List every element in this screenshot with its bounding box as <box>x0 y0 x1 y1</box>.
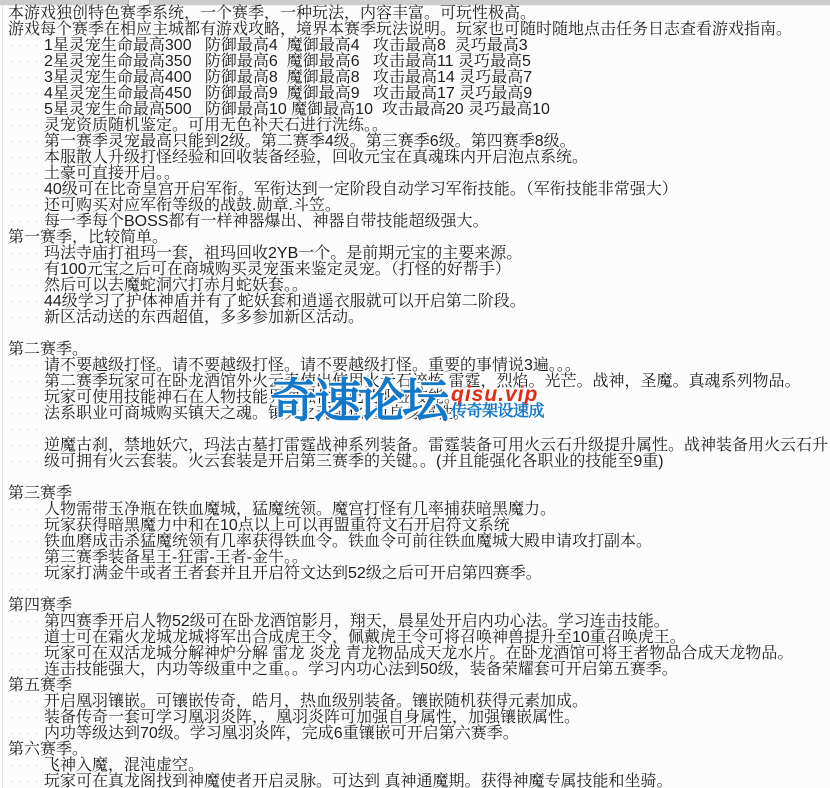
indent-dots: ···· <box>10 361 43 371</box>
text-line: ····3星灵宠生命最高400 防御最高8 魔御最高8 攻击最高14 灵巧最高7 <box>0 70 830 86</box>
text-line: ····每一季每个BOSS都有一样神器爆出、神器自带技能超级强大。 <box>0 214 830 230</box>
indent-dots: ···· <box>10 57 43 67</box>
indent-dots: ···· <box>10 297 43 307</box>
text-line: ····还可购买对应军衔等级的战鼓.勋章.斗笠。 <box>0 198 830 214</box>
indent-dots: ···· <box>10 617 43 627</box>
text-line: ····人物需带玉净瓶在铁血魔城，猛魔统领。魔宫打怪有几率捕获暗黑魔力。 <box>0 502 830 518</box>
text-line: ····40级可在比奇皇宫开启军衔。军衔达到一定阶段自动学习军衔技能。（军衔技能… <box>0 182 830 198</box>
text-line: ····有100元宝之后可在商城购买灵宠蛋来鉴定灵宠。（打怪的好帮手） <box>0 262 830 278</box>
indent-dots: ···· <box>10 729 43 739</box>
section-heading-line: 本游戏独创特色赛季系统，一个赛季，一种玩法，内容丰富。可玩性极高。 <box>0 6 830 22</box>
text-line: ····第一赛季灵宠最高只能到2级。第二赛季4级。第三赛季6级。第四赛季8级。 <box>0 134 830 150</box>
indent-dots: ···· <box>10 265 43 275</box>
text-line: ····新区活动送的东西超值，多多参加新区活动。 <box>0 310 830 326</box>
section-heading-line: 第四赛季 <box>0 598 830 614</box>
watermark-right-block: qisu.vip 传奇架设速成 <box>451 377 544 420</box>
text-line: ····然后可以去魔蛇洞穴打赤月蛇妖套。。 <box>0 278 830 294</box>
indent-dots: ···· <box>10 553 43 563</box>
text-line: ····玩家可在真龙阁找到神魔使者开启灵脉。可达到 真神通魔期。获得神魔专属技能… <box>0 774 830 788</box>
indent-dots: ···· <box>10 73 43 83</box>
section-heading-line: 第一赛季，比较简单。 <box>0 230 830 246</box>
text-line: ····2星灵宠生命最高350 防御最高6 魔御最高6 攻击最高11 灵巧最高5 <box>0 54 830 70</box>
forum-watermark: 奇速论坛 qisu.vip 传奇架设速成 <box>270 377 544 425</box>
text-line: ····装备传奇一套可学习凰羽炎阵，，凰羽炎阵可加强自身属性，加强镶嵌属性。 <box>0 710 830 726</box>
indent-dots: ···· <box>10 185 43 195</box>
blank-line <box>0 326 830 342</box>
indent-dots: ···· <box>10 585 43 595</box>
indent-dots: ···· <box>10 457 43 467</box>
section-heading-line: 第五赛季 <box>0 678 830 694</box>
text-line: ····铁血磨成击杀猛魔统领有几率获得铁血令。铁血令可前往铁血魔城大殿申请攻打副… <box>0 534 830 550</box>
watermark-tagline-text: 传奇架设速成 <box>451 404 544 420</box>
indent-dots: ···· <box>10 505 43 515</box>
indent-dots: ···· <box>10 121 43 131</box>
indent-dots: ···· <box>10 393 43 403</box>
indent-dots: ···· <box>10 41 43 51</box>
text-line: ····请不要越级打怪。请不要越级打怪。请不要越级打怪。重要的事情说3遍。。。 <box>0 358 830 374</box>
text-line: ····灵宠资质随机鉴定。可用无色补天石进行洗练。。 <box>0 118 830 134</box>
text-line: ····玛法寺庙打祖玛一套，祖玛回收2YB一个。是前期元宝的主要来源。 <box>0 246 830 262</box>
indent-dots: ···· <box>10 665 43 675</box>
indent-dots: ···· <box>10 649 43 659</box>
indent-dots: ···· <box>10 713 43 723</box>
text-line: ····第三赛季装备星王-狂雷-王者-金牛。。 <box>0 550 830 566</box>
indent-dots: ···· <box>10 217 43 227</box>
indent-dots: ···· <box>10 569 43 579</box>
section-heading-line: 第六赛季。 <box>0 742 830 758</box>
text-line: ···· <box>0 582 830 598</box>
text-line: ····玩家获得暗黑魔力中和在10点以上可以再盟重符文石开启符文系统 <box>0 518 830 534</box>
blank-line <box>0 470 830 486</box>
indent-dots: ···· <box>10 441 43 451</box>
text-line: ····连击技能强大，内功等级重中之重。。学习内功心法到50级，装备荣耀套可开启… <box>0 662 830 678</box>
text-line: ····内功等级达到70级。学习凰羽炎阵，完成6重镶嵌可开启第六赛季。 <box>0 726 830 742</box>
section-heading-line: 第三赛季 <box>0 486 830 502</box>
text-line: ····级可拥有火云套装。火云套装是开启第三赛季的关键。。(并且能强化各职业的技… <box>0 454 830 470</box>
indent-dots: ···· <box>10 697 43 707</box>
indent-dots: ···· <box>10 169 43 179</box>
indent-dots: ···· <box>10 377 43 387</box>
indent-dots: ···· <box>10 425 43 435</box>
indent-dots: ···· <box>10 777 43 787</box>
indent-dots: ···· <box>10 409 43 419</box>
indent-dots: ···· <box>10 249 43 259</box>
indent-dots: ···· <box>10 137 43 147</box>
indent-dots: ···· <box>10 313 43 323</box>
text-line: ····玩家打满金牛或者王者套并且开启符文达到52级之后可开启第四赛季。 <box>0 566 830 582</box>
text-line: ····第四赛季开启人物52级可在卧龙酒馆影月，翔天，晨星处开启内功心法。学习连… <box>0 614 830 630</box>
watermark-logo-text: 奇速论坛 <box>270 377 446 425</box>
text-line: ····1星灵宠生命最高300 防御最高4 魔御最高4 攻击最高8 灵巧最高3 <box>0 38 830 54</box>
text-line: ····4星灵宠生命最高450 防御最高9 魔御最高9 攻击最高17 灵巧最高9 <box>0 86 830 102</box>
text-line: ····开启凰羽镶嵌。可镶嵌传奇，皓月，热血级别装备。镶嵌随机获得元素加成。 <box>0 694 830 710</box>
indent-dots: ···· <box>10 537 43 547</box>
indent-dots: ···· <box>10 201 43 211</box>
watermark-domain-text: qisu.vip <box>451 385 544 404</box>
text-line: ····逆魔古刹，禁地妖穴，玛法古墓打雷霆战神系列装备。雷霆装备可用火云石升级提… <box>0 438 830 454</box>
text-line: ····5星灵宠生命最高500 防御最高10 魔御最高10 攻击最高20 灵巧最… <box>0 102 830 118</box>
text-line: ····本服散人升级打怪经验和回收装备经验，回收元宝在真魂珠内开启泡点系统。 <box>0 150 830 166</box>
indent-dots: ···· <box>10 281 43 291</box>
indent-dots: ···· <box>10 105 43 115</box>
indent-dots: ···· <box>10 633 43 643</box>
text-line: ····土豪可直接开启。。 <box>0 166 830 182</box>
text-line: ····44级学习了护体神盾并有了蛇妖套和逍遥衣服就可以开启第二阶段。 <box>0 294 830 310</box>
indent-dots: ···· <box>10 153 43 163</box>
section-heading-line: 第二赛季。 <box>0 342 830 358</box>
text-line: ····飞神入魔，混沌虚空。 <box>0 758 830 774</box>
section-heading-line: 游戏每个赛季在相应主城都有游戏攻略，境界本赛季玩法说明。玩家也可随时随地点击任务… <box>0 22 830 38</box>
indent-dots: ···· <box>10 89 43 99</box>
text-line: ····道士可在霜火龙城龙城将军出合成虎王令，佩戴虎王令可将召唤神兽提升至10重… <box>0 630 830 646</box>
indent-dots: ···· <box>10 761 43 771</box>
screenshot-root: { "page": { "background": "#fcfcfc", "te… <box>0 0 830 788</box>
text-line: ····玩家可在双活龙城分解神炉分解 雷龙 炎龙 青龙物品成天龙水片。在卧龙酒馆… <box>0 646 830 662</box>
indent-dots: ···· <box>10 521 43 531</box>
